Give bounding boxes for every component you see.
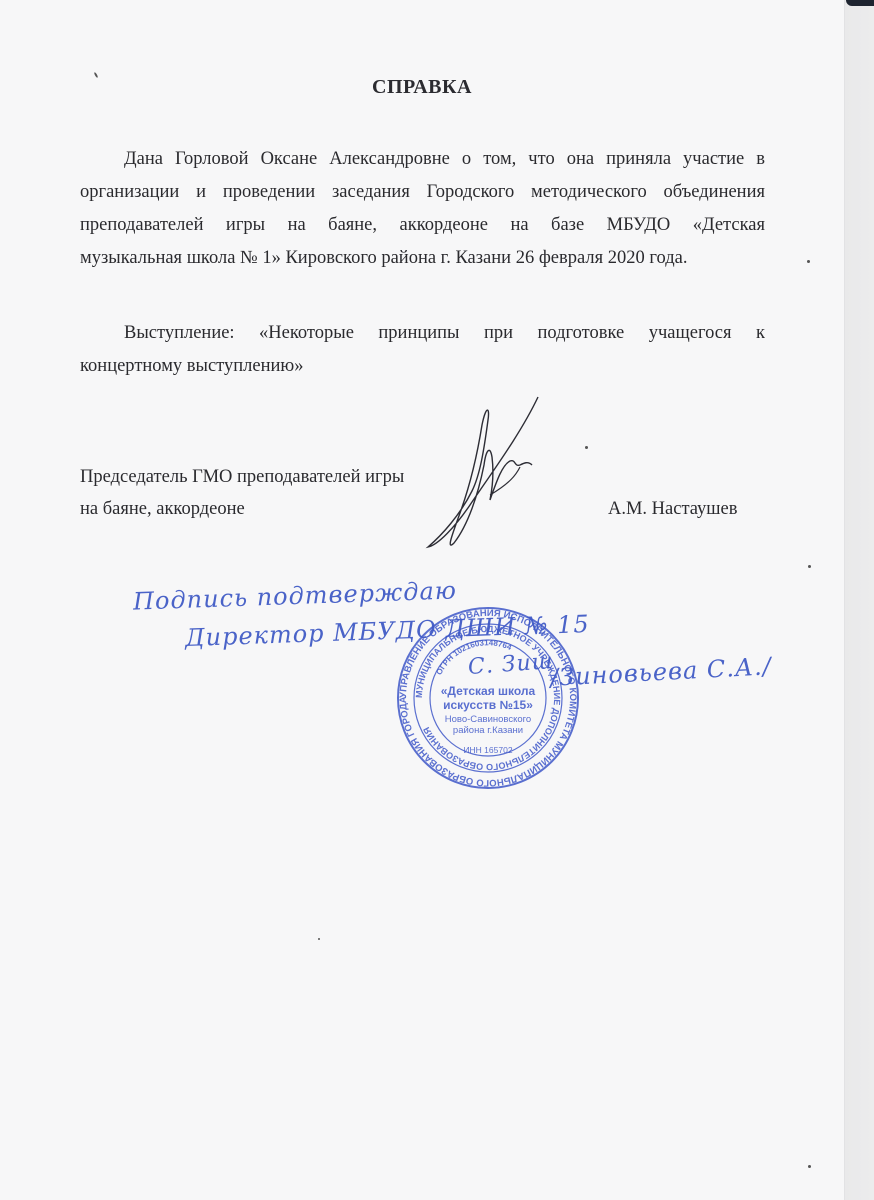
paragraph-line: концертному выступлению» xyxy=(80,350,765,383)
document-page: СПРАВКА Дана Горловой Оксане Александров… xyxy=(0,0,844,1200)
stamp-center-line: района г.Казани xyxy=(453,725,523,736)
body-paragraph-presentation: Выступление: «Некоторые принципы при под… xyxy=(80,317,765,383)
document-title: СПРАВКА xyxy=(0,76,844,99)
paragraph-line: организации и проведении заседания Город… xyxy=(80,176,765,209)
body-paragraph-participation: Дана Горловой Оксане Александровне о том… xyxy=(80,143,765,275)
scan-speck xyxy=(318,938,320,940)
scan-speck xyxy=(585,446,588,449)
position-line: Председатель ГМО преподавателей игры xyxy=(80,461,404,493)
signature-icon xyxy=(420,395,550,555)
scan-speck xyxy=(808,1165,811,1168)
official-stamp-icon: УПРАВЛЕНИЕ ОБРАЗОВАНИЯ ИСПОЛНИТЕЛЬНОГО К… xyxy=(393,603,583,793)
position-line: на баяне, аккордеоне xyxy=(80,493,404,525)
scan-edge-strip xyxy=(844,0,874,1200)
stamp-center-line: Ново-Савиновского xyxy=(445,714,531,725)
signatory-name: А.М. Настаушев xyxy=(608,493,738,525)
scan-speck xyxy=(808,565,811,568)
paragraph-line: Дана Горловой Оксане Александровне о том… xyxy=(80,143,765,176)
paragraph-line: музыкальная школа № 1» Кировского района… xyxy=(80,242,765,275)
paragraph-line: преподавателей игры на баяне, аккордеоне… xyxy=(80,209,765,242)
stamp-inn: ИНН 165702 xyxy=(463,745,512,755)
stamp-center-line: искусств №15» xyxy=(443,698,533,712)
signatory-position: Председатель ГМО преподавателей игры на … xyxy=(80,461,404,525)
scan-corner-shadow xyxy=(846,0,874,6)
paragraph-line: Выступление: «Некоторые принципы при под… xyxy=(80,317,765,350)
scan-speck xyxy=(807,260,810,263)
stamp-center-line: «Детская школа xyxy=(441,684,536,698)
